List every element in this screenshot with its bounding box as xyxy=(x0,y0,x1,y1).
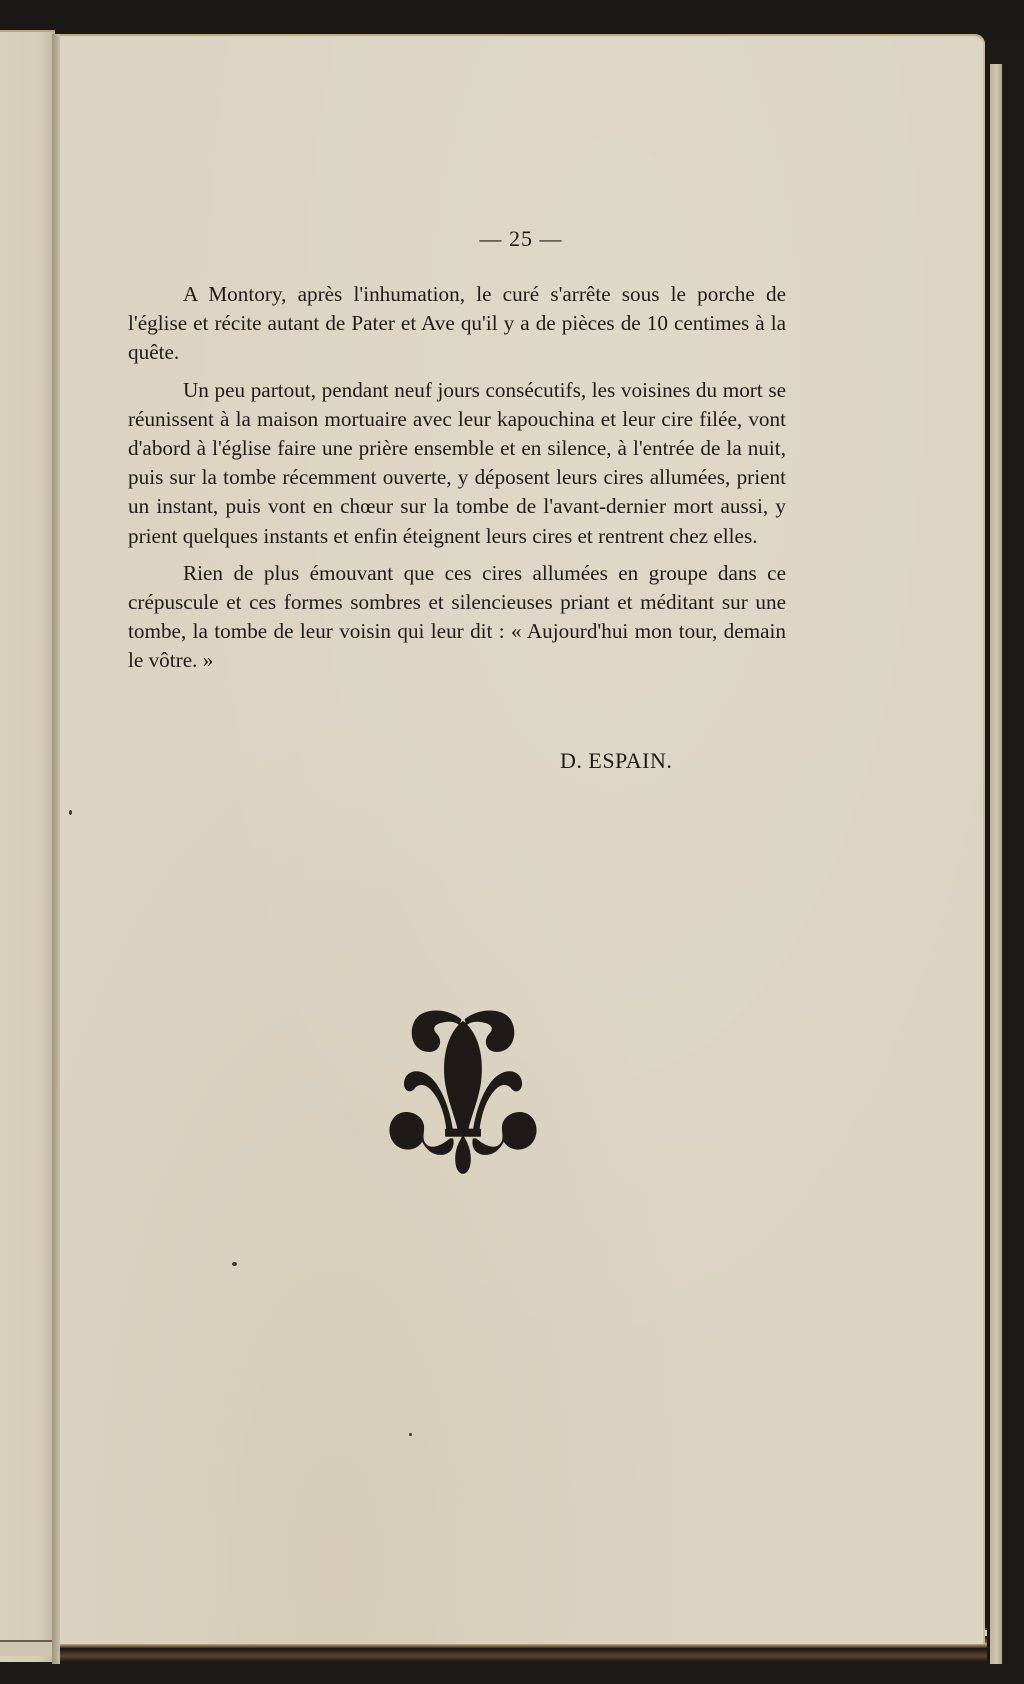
left-page-bottom-edge xyxy=(0,1640,52,1656)
body-text: A Montory, après l'inhumation, le curé s… xyxy=(128,280,786,684)
paragraph: A Montory, après l'inhumation, le curé s… xyxy=(128,280,786,368)
paper-speck xyxy=(232,1262,237,1266)
fleur-de-lis-icon xyxy=(365,988,561,1194)
left-facing-page-edge xyxy=(0,30,55,1662)
page-stack-edge xyxy=(52,1650,987,1662)
paragraph: Rien de plus émouvant que ces cires allu… xyxy=(128,559,786,676)
underlying-page-edge xyxy=(990,64,1003,1664)
paragraph: Un peu partout, pendant neuf jours consé… xyxy=(128,376,786,551)
paper-speck xyxy=(69,810,72,815)
page-number: — 25 — xyxy=(57,226,985,252)
gutter-shadow xyxy=(52,34,60,1664)
paper-speck xyxy=(409,1433,412,1436)
book-page xyxy=(57,34,985,1644)
author-signature: D. ESPAIN. xyxy=(560,748,672,774)
